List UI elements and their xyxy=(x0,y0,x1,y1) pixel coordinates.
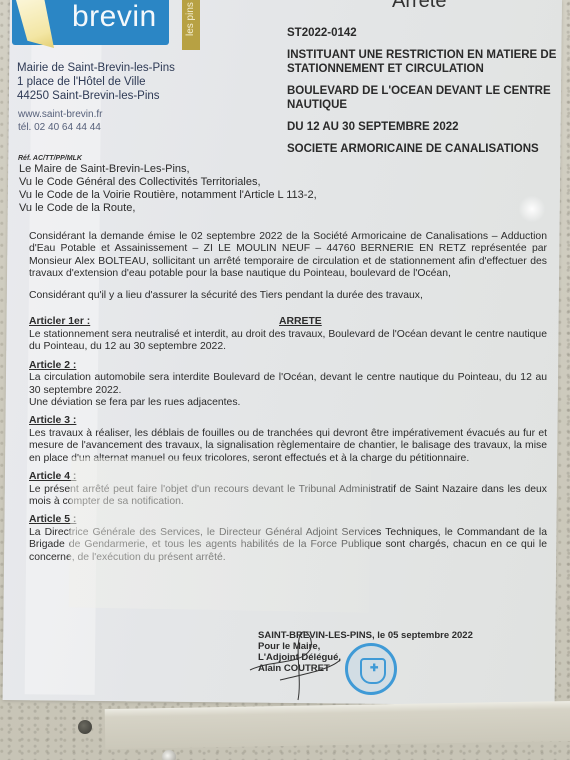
website-link: www.saint-brevin.fr xyxy=(18,108,102,121)
stamp-shield-icon: ✚ xyxy=(360,658,386,684)
vu-line: Vu le Code Général des Collectivités Ter… xyxy=(19,176,547,189)
document-location: BOULEVARD DE L'OCEAN DEVANT LE CENTRE NA… xyxy=(287,84,557,112)
municipal-stamp-icon: ✚ xyxy=(345,643,397,695)
stamp-cross-icon: ✚ xyxy=(370,663,378,674)
vu-line: Vu le Code de la Route, xyxy=(19,202,547,215)
article-3-title: Article 3 : xyxy=(29,415,547,427)
mairie-city: 44250 Saint-Brevin-les-Pins xyxy=(17,89,175,103)
article-2-title: Article 2 : xyxy=(29,360,547,372)
document-type-heading: Arrêté xyxy=(392,0,446,13)
logo-brand-text: brevin xyxy=(72,2,157,32)
document-reference: Réf. AC/TT/PP/MLK xyxy=(18,155,82,162)
preamble-vu-list: Le Maire de Saint-Brevin-Les-Pins, Vu le… xyxy=(19,163,547,215)
tape-overlay xyxy=(69,457,372,612)
display-frame-bar xyxy=(105,701,570,749)
article-2-text: La circulation automobile sera interdite… xyxy=(29,372,547,397)
vu-line: Le Maire de Saint-Brevin-Les-Pins, xyxy=(19,163,547,176)
mairie-contact: www.saint-brevin.fr tél. 02 40 64 44 44 xyxy=(18,108,102,134)
document-company: SOCIETE ARMORICAINE DE CANALISATIONS xyxy=(287,142,557,156)
mairie-address: Mairie de Saint-Brevin-les-Pins 1 place … xyxy=(17,61,175,103)
mairie-name: Mairie de Saint-Brevin-les-Pins xyxy=(17,61,175,75)
light-glare xyxy=(518,196,546,222)
article-2-deviation: Une déviation se fera par les rues adjac… xyxy=(29,397,547,409)
arrete-heading: ARRETE xyxy=(279,316,322,328)
frame-hole xyxy=(78,720,92,734)
vu-line: Vu le Code de la Voirie Routière, notamm… xyxy=(19,189,547,202)
saint-brevin-logo: brevin les pins xyxy=(12,0,190,45)
article-1-heading-row: Articler 1er : ARRETE xyxy=(29,316,547,329)
mairie-street: 1 place de l'Hôtel de Ville xyxy=(17,75,175,89)
considerant-safety: Considérant qu'il y a lieu d'assurer la … xyxy=(29,290,547,302)
document-number: ST2022-0142 xyxy=(287,26,557,40)
document-header: ST2022-0142 INSTITUANT UNE RESTRICTION E… xyxy=(287,26,557,164)
logo-tagline: les pins xyxy=(182,0,200,50)
article-1: Le stationnement sera neutralisé et inte… xyxy=(29,329,547,354)
article-1-text: Le stationnement sera neutralisé et inte… xyxy=(29,329,547,354)
document-subject: INSTITUANT UNE RESTRICTION EN MATIERE DE… xyxy=(287,48,557,76)
document-period: DU 12 AU 30 SEPTEMBRE 2022 xyxy=(287,120,557,134)
article-2: Article 2 : La circulation automobile se… xyxy=(29,360,547,410)
frame-screw xyxy=(162,750,176,760)
handwritten-signature-icon xyxy=(240,620,350,710)
considerant-request: Considérant la demande émise le 02 septe… xyxy=(29,231,547,281)
phone-number: tél. 02 40 64 44 44 xyxy=(18,121,102,134)
